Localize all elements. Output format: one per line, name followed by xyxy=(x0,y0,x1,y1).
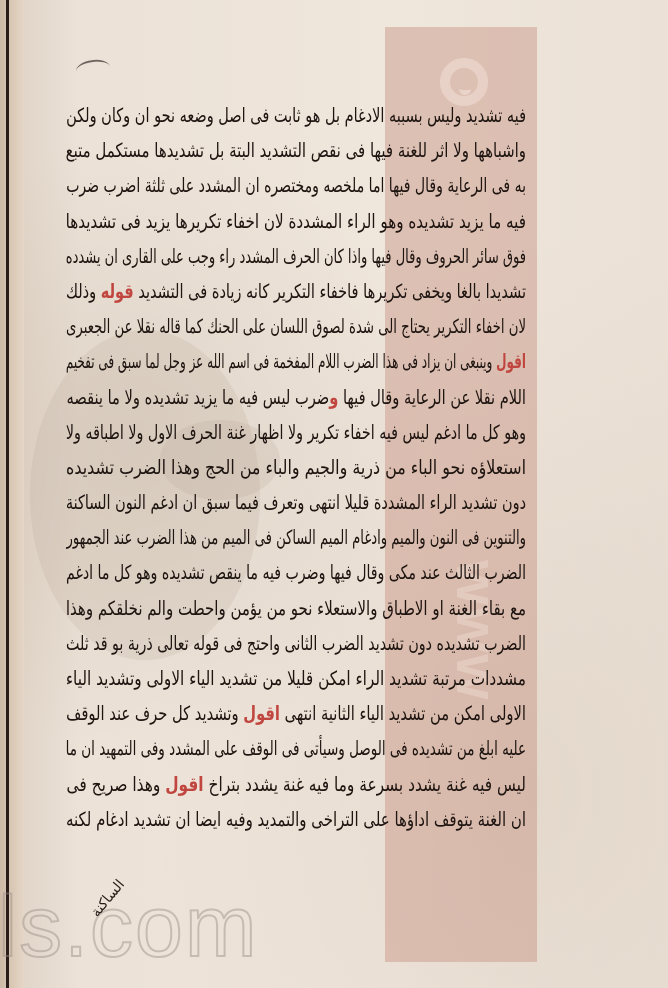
rubric-aqulu: اقول xyxy=(243,702,280,725)
text-line-20: ليس فيه غنة يشدد بسرعة وما فيه غنة يشدد … xyxy=(163,767,526,802)
watermark-domain-text: ls.com xyxy=(0,884,258,970)
text-line-18: الاولى امكن من تشديد الياء الثانية انتهى… xyxy=(179,696,526,731)
text-line-1: فيه تشديد وليس بسببه الادغام بل هو ثابت … xyxy=(184,98,526,133)
text-line-15: مع بقاء الغنة او الاطباق والاستعلاء نحو … xyxy=(172,591,526,626)
text-line-10: وهو كل ما ادغم ليس فيه اخفاء تكرير ولا ا… xyxy=(190,415,526,450)
text-line-9: اللام نقلا عن الرعاية وقال فيها وضرب ليس… xyxy=(181,380,526,415)
text-line-2: واشباهها ولا اثر للغنة فيها فى نقص التشد… xyxy=(173,133,526,168)
text-line-13: والتنوين فى النون والميم وادغام الميم ال… xyxy=(216,520,527,555)
rubric-waw: و xyxy=(329,386,338,409)
text-line-6: تشديدا بالغا ويخفى تكريرها فاخفاء التكري… xyxy=(183,274,526,309)
text-line-16: الضرب تشديده دون تشديد الضرب الثانى واحت… xyxy=(190,626,526,661)
rubric-aqulu: اقول xyxy=(496,350,526,373)
binding-line xyxy=(6,0,9,988)
rubric-qawluh: قوله xyxy=(101,280,134,303)
text-line-5: فوق سائر الحروف وقال فيها واذا كان الحرف… xyxy=(218,239,526,274)
marginal-mark xyxy=(75,58,111,81)
text-line-14: الضرب الثالث عند مكى وقال فيها وضرب فيه … xyxy=(193,555,526,590)
text-line-3: به فى الرعاية وقال فيها اما ملخصه ومختصر… xyxy=(195,168,526,203)
text-line-19: عليه ابلغ من تشديده فى الوصل وسيأتى فى ا… xyxy=(208,731,526,766)
manuscript-page: www فيه تشديد وليس بسببه الادغام بل هو ث… xyxy=(0,0,668,988)
manuscript-text: فيه تشديد وليس بسببه الادغام بل هو ثابت … xyxy=(66,98,526,837)
text-line-8: اقول وينبغى ان يزاد فى هذا الضرب اللام ا… xyxy=(243,344,526,379)
rubric-aqulu: اقول xyxy=(165,773,203,796)
text-line-12: دون تشديد الراء المشددة قليلا انتهى وتعر… xyxy=(186,485,526,520)
text-line-4: فيه ما يزيد تشديده وهو الراء المشددة لان… xyxy=(169,204,526,239)
text-line-11: استعلاؤه نحو الباء من ذرية والجيم والباء… xyxy=(151,450,526,485)
text-line-7: لان اخفاء التكرير يحتاج الى شدة لصوق الل… xyxy=(214,309,526,344)
text-line-17: مشددات مرتبة تشديد الراء امكن قليلا من ت… xyxy=(165,661,526,696)
text-line-21: ان الغنة يتوقف اداؤها على التراخى والتمد… xyxy=(173,802,526,837)
binding-edge xyxy=(0,0,24,988)
